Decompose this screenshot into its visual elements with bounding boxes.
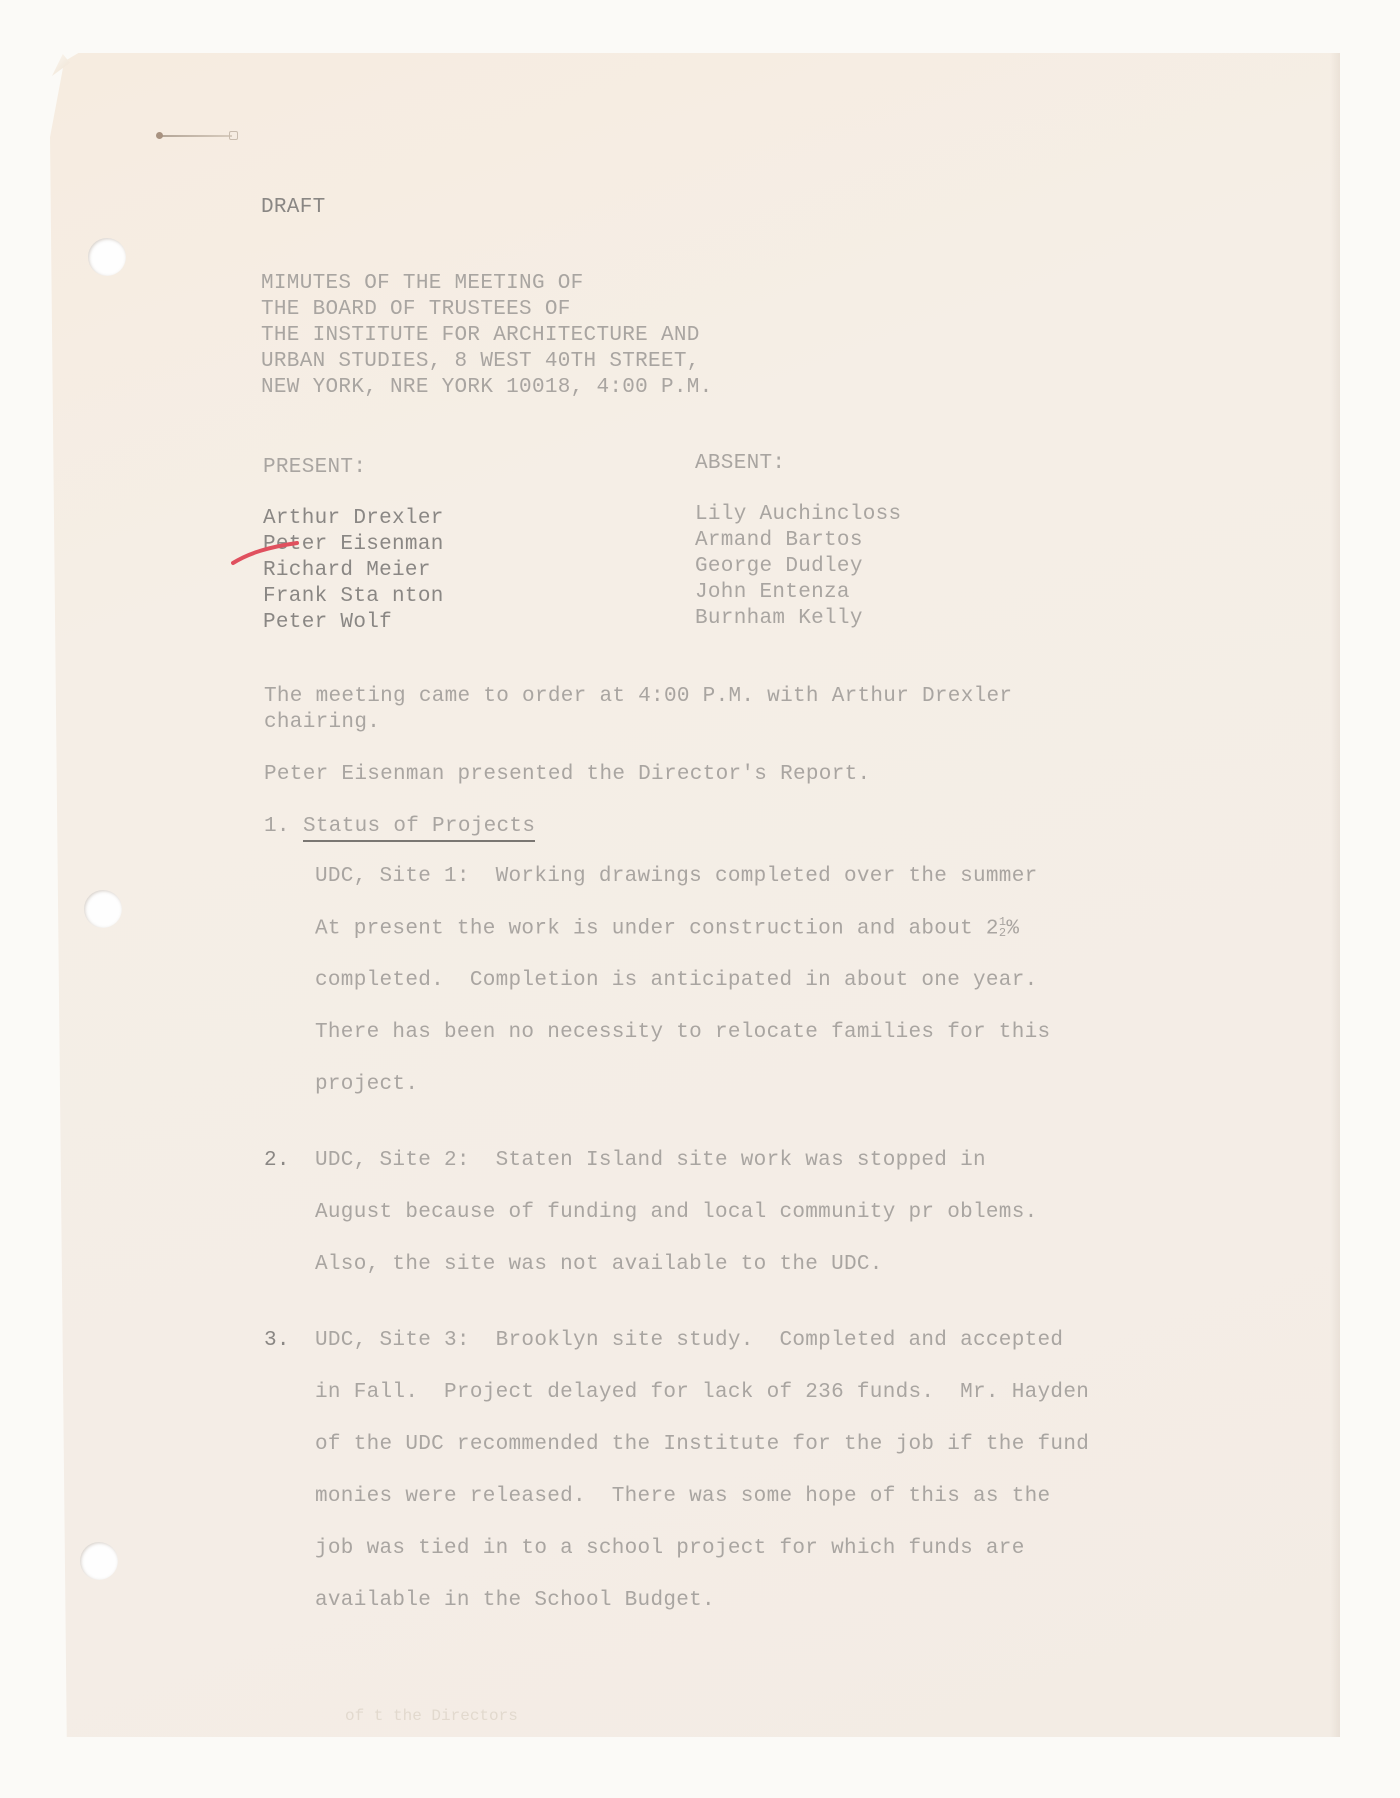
present-name: Arthur Drexler <box>263 507 444 530</box>
opening-line: chairing. <box>264 711 380 734</box>
item-line: There has been no necessity to relocate … <box>315 1021 1050 1044</box>
present-label: PRESENT: <box>263 456 366 479</box>
item-line: Also, the site was not available to the … <box>315 1253 883 1276</box>
item-line: UDC, Site 1: Working drawings completed … <box>315 865 1038 888</box>
item-line: of the UDC recommended the Institute for… <box>315 1433 1089 1456</box>
opening-line: The meeting came to order at 4:00 P.M. w… <box>264 685 1012 708</box>
item-line: August because of funding and local comm… <box>315 1201 1038 1224</box>
item-line: project. <box>315 1073 418 1096</box>
present-name: Peter Wolf <box>263 611 392 634</box>
item-line: monies were released. There was some hop… <box>315 1485 1050 1508</box>
heading-line: THE INSTITUTE FOR ARCHITECTURE AND <box>261 324 700 347</box>
item-line: completed. Completion is anticipated in … <box>315 969 1038 992</box>
item-line: UDC, Site 3: Brooklyn site study. Comple… <box>315 1329 1063 1352</box>
report-line: Peter Eisenman presented the Director's … <box>264 763 870 786</box>
item-line: in Fall. Project delayed for lack of 236… <box>315 1381 1089 1404</box>
item-number: 3. <box>264 1329 290 1352</box>
present-name: Frank Sta nton <box>263 585 444 608</box>
absent-name: Armand Bartos <box>695 529 863 552</box>
heading-line: THE BOARD OF TRUSTEES OF <box>261 298 571 321</box>
item-line: UDC, Site 2: Staten Island site work was… <box>315 1149 986 1172</box>
paper-edge-shadow <box>1330 53 1340 1737</box>
bleed-through-text: of t the Directors <box>345 1707 518 1725</box>
heading-line: NEW YORK, NRE YORK 10018, 4:00 P.M. <box>261 376 713 399</box>
punch-hole-bottom <box>80 1542 118 1580</box>
item-line: job was tied in to a school project for … <box>315 1537 1025 1560</box>
staple-mark <box>160 135 232 137</box>
absent-name: John Entenza <box>695 581 850 604</box>
absent-label: ABSENT: <box>695 452 785 475</box>
punch-hole-top <box>88 238 126 276</box>
item-line-text: At present the work is under constructio… <box>315 918 999 941</box>
item-line: At present the work is under constructio… <box>315 917 1019 941</box>
section-title: Status of Projects <box>303 815 535 842</box>
section-number: 1. <box>264 815 290 838</box>
item-line: available in the School Budget. <box>315 1589 715 1612</box>
absent-name: Burnham Kelly <box>695 607 863 630</box>
percent-sign: % <box>1006 918 1019 941</box>
heading-line: MIMUTES OF THE MEETING OF <box>261 272 584 295</box>
punch-hole-middle <box>84 890 122 928</box>
draft-label: DRAFT <box>261 196 326 219</box>
absent-name: Lily Auchincloss <box>695 503 901 526</box>
item-number: 2. <box>264 1149 290 1172</box>
red-pencil-check-mark <box>231 541 301 567</box>
heading-line: URBAN STUDIES, 8 WEST 40TH STREET, <box>261 350 700 373</box>
absent-name: George Dudley <box>695 555 863 578</box>
